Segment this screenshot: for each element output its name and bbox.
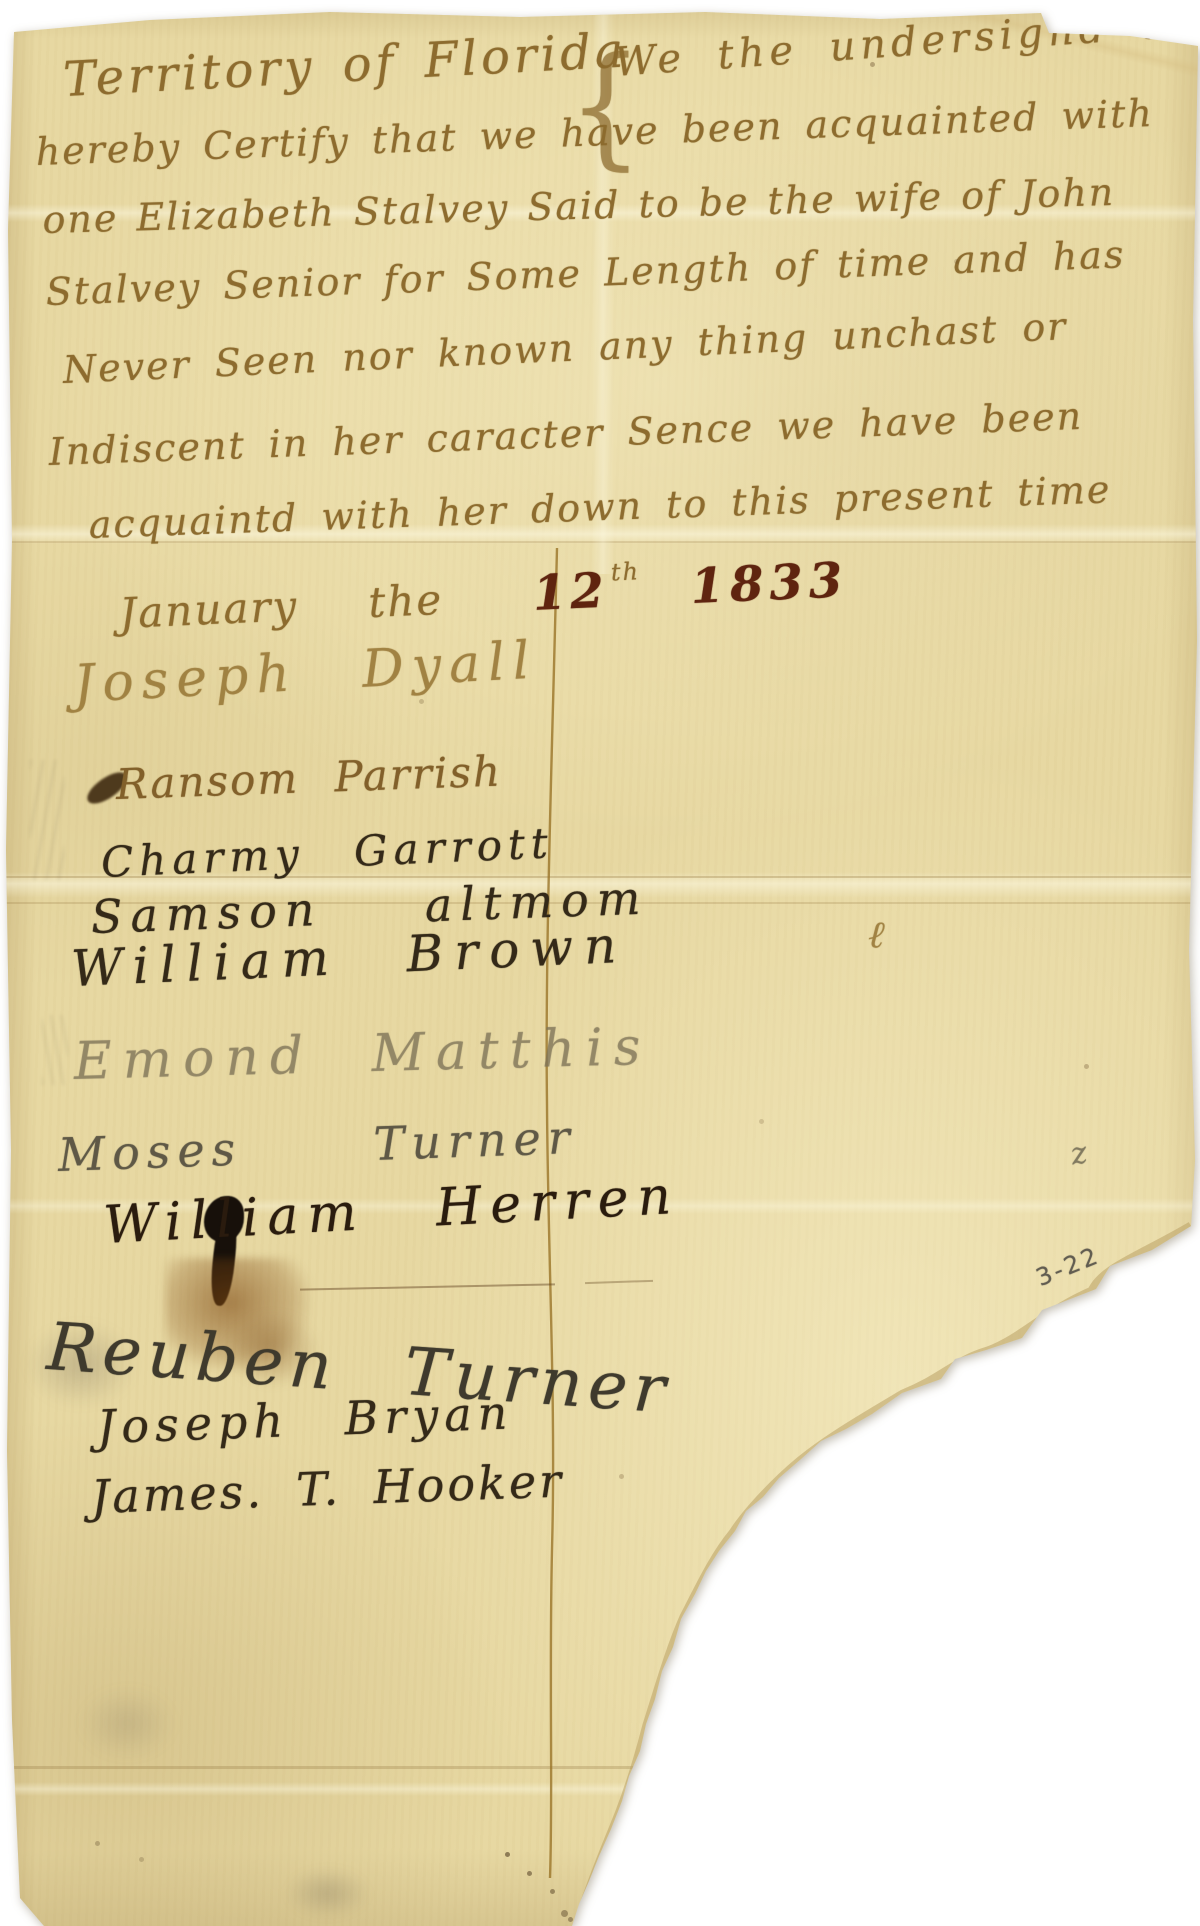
body-line-3: Stalvey Senior for Some Length of time a… bbox=[45, 232, 1126, 314]
pen-line bbox=[300, 1283, 555, 1290]
crease-line bbox=[0, 1766, 696, 1769]
signature-james-t-hooker: James. T. Hooker bbox=[90, 1453, 565, 1523]
date-year: 1833 bbox=[690, 552, 850, 615]
paper-shadow-wrap: Territory of Florida { We the undersignd… bbox=[0, 0, 1200, 1926]
signature-william-herren: William Herren bbox=[102, 1166, 681, 1256]
margin-pencil-marks bbox=[30, 760, 64, 880]
gray-smudge bbox=[80, 1688, 175, 1758]
signature-emond-matthis: Emond Matthis bbox=[73, 1017, 652, 1092]
heading-opening-line: We the undersignd do bbox=[613, 0, 1200, 86]
signature-joseph-bryan: Joseph Bryan bbox=[96, 1385, 514, 1454]
stray-pen-mark: z bbox=[1068, 1135, 1090, 1172]
heading-place: Territory of Florida bbox=[62, 22, 629, 107]
signature-moses-turner: Moses Turner bbox=[57, 1110, 578, 1182]
gray-smudge bbox=[285, 1868, 370, 1918]
stray-pen-mark: ℓ bbox=[867, 912, 886, 958]
body-line-6: acquaintd with her down to this present … bbox=[88, 467, 1112, 547]
body-line-4: Never Seen nor known any thing unchast o… bbox=[62, 304, 1068, 392]
date-line: January the12th1833 bbox=[118, 548, 849, 640]
body-line-5: Indiscent in her caracter Sence we have … bbox=[48, 394, 1084, 474]
signature-joseph-dyall: Joseph Dyall bbox=[72, 631, 539, 715]
crease-line bbox=[0, 1782, 840, 1796]
archive-number-annotation: 3-22 bbox=[1032, 1241, 1104, 1292]
pen-line bbox=[585, 1280, 653, 1284]
paper-specks bbox=[0, 0, 3, 3]
margin-pencil-marks bbox=[42, 1015, 68, 1085]
scanned-document-page: Territory of Florida { We the undersignd… bbox=[0, 0, 1200, 1926]
date-ordinal-suffix: th bbox=[610, 557, 640, 586]
signature-ransom-parrish: Ransom Parrish bbox=[115, 747, 503, 809]
date-prefix: January the bbox=[118, 575, 444, 638]
date-day: 12 bbox=[532, 563, 609, 622]
aged-paper-sheet: Territory of Florida { We the undersignd… bbox=[0, 0, 1200, 1926]
